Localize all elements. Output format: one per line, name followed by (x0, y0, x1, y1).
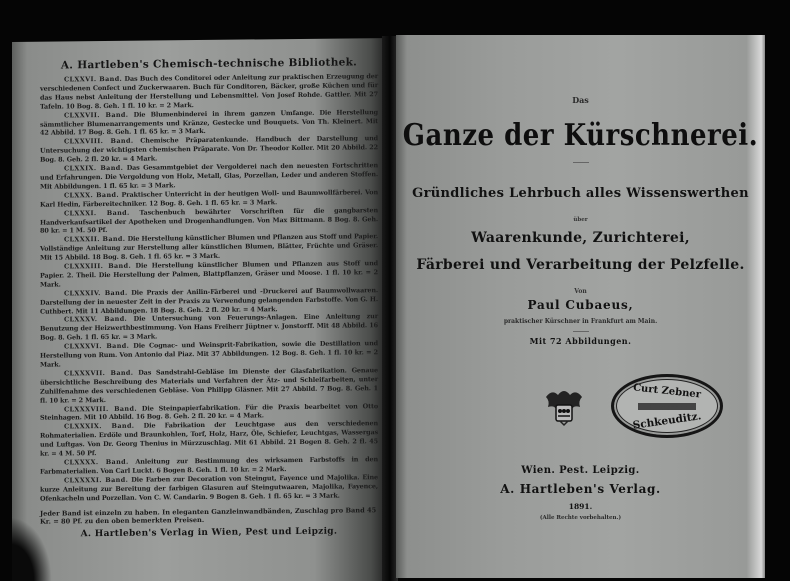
entry-volume-number: CLXXVI. Band. (40, 75, 122, 84)
stamp-name: Curt Zebner (614, 380, 721, 402)
catalog-entry: CLXXXXI. Band. Die Farben zur Decoration… (40, 473, 378, 503)
entry-volume-number: CLXXXVIII. Band. (40, 404, 137, 413)
catalog-entry: CLXXXII. Band. Die Herstellung künstlich… (40, 232, 378, 262)
catalog-entry: CLXXXIV. Band. Die Praxis der Anilin-Fär… (40, 286, 378, 316)
entry-volume-number: CLXXXIX. Band. (40, 422, 134, 431)
entry-volume-number: CLXXXII. Band. (40, 235, 125, 244)
catalog-footer-note: Jeder Band ist einzeln zu haben. In eleg… (40, 506, 378, 527)
entry-title: Die Steinpapierfabrikation. (142, 403, 240, 412)
author-description: praktischer Kürschner in Frankfurt am Ma… (396, 318, 765, 325)
entry-volume-number: CLXXXV. Band. (40, 315, 127, 324)
publication-places: Wien. Pest. Leipzig. (396, 465, 765, 476)
book-topics-line2: Färberei und Verarbeitung der Pelzfelle. (396, 257, 765, 273)
publisher-emblem-icon (542, 387, 586, 427)
catalog-entry: CLXXXIX. Band. Die Fabrikation der Leuch… (40, 419, 378, 458)
entry-volume-number: CLXXXIV. Band. (40, 289, 128, 298)
entry-volume-number: CLXXXIII. Band. (40, 262, 131, 271)
catalog-entry: CLXXIX. Band. Das Gesammtgebiet der Verg… (40, 161, 378, 191)
entry-volume-number: CLXXXXI. Band. (40, 476, 128, 485)
catalog-entry: CLXXVII. Band. Die Blumenbinderei in ihr… (40, 108, 378, 138)
author-prefix: Von (396, 288, 765, 295)
publisher-name: A. Hartleben's Verlag. (396, 482, 765, 496)
illustrations-note: Mit 72 Abbildungen. (396, 336, 765, 346)
catalog-entry: CLXXXVII. Band. Das Sandstrahl-Gebläse i… (40, 366, 378, 405)
publication-year: 1891. (396, 502, 765, 511)
catalog-entry: CLXXXIII. Band. Die Herstellung künstlic… (40, 259, 378, 289)
left-page-heading: A. Hartleben's Chemisch-technische Bibli… (40, 56, 378, 72)
book-topics-line1: Waarenkunde, Zurichterei, (396, 230, 765, 246)
entry-volume-number: CLXXX. Band. (40, 191, 119, 200)
divider (396, 331, 765, 332)
entry-volume-number: CLXXXI. Band. (40, 208, 130, 217)
catalog-entry: CLXXXI. Band. Taschenbuch bewährter Vors… (40, 206, 378, 236)
book-subtitle: Gründliches Lehrbuch alles Wissenswerthe… (396, 186, 765, 201)
rights-notice: (Alle Rechte vorbehalten.) (396, 515, 765, 521)
stamp-trade: Kürschner (638, 403, 696, 410)
catalog-entry: CLXXXV. Band. Die Untersuchung von Feuer… (40, 313, 378, 343)
left-page-advert: A. Hartleben's Chemisch-technische Bibli… (12, 38, 390, 581)
entry-volume-number: CLXXIX. Band. (40, 164, 123, 173)
entry-title: Die Cognac- und Weinsprit-Fabrikation, (133, 340, 277, 350)
title-prefix: Das (396, 95, 765, 105)
catalog-entry: CLXXVI. Band. Das Buch des Conditorei od… (40, 72, 378, 111)
entry-volume-number: CLXXVII. Band. (40, 110, 128, 119)
entry-title: Das Buch des Conditorei (125, 74, 212, 83)
entry-title: Chemische Präparatenkunde. (140, 136, 248, 145)
entry-volume-number: CLXXVIII. Band. (40, 137, 133, 146)
catalog-publisher-footer: A. Hartleben's Verlag in Wien, Pest und … (40, 526, 378, 540)
left-page-content: A. Hartleben's Chemisch-technische Bibli… (40, 56, 378, 579)
entry-volume-number: CLXXXX. Band. (40, 458, 129, 467)
divider (396, 162, 765, 163)
entry-volume-number: CLXXXVI. Band. (40, 342, 129, 351)
subtitle-connector: über (396, 217, 765, 223)
entry-title: Das Gesammtgebiet der Vergolderei (127, 162, 257, 171)
title-page: Das Ganze der Kürschnerei. Gründliches L… (396, 35, 765, 578)
catalog-list: CLXXVI. Band. Das Buch des Conditorei od… (40, 72, 378, 503)
entry-volume-number: CLXXXVII. Band. (40, 369, 133, 378)
catalog-entry: CLXXXVI. Band. Die Cognac- und Weinsprit… (40, 339, 378, 369)
catalog-entry: CLXXVIII. Band. Chemische Präparatenkund… (40, 134, 378, 164)
author-name: Paul Cubaeus, (396, 298, 765, 312)
book-title: Ganze der Kürschnerei. (396, 119, 765, 154)
entry-title: Praktischer Unterricht in der heutigen W… (122, 188, 363, 199)
owner-stamp: Curt Zebner Kürschner Schkeuditz. (611, 374, 723, 438)
